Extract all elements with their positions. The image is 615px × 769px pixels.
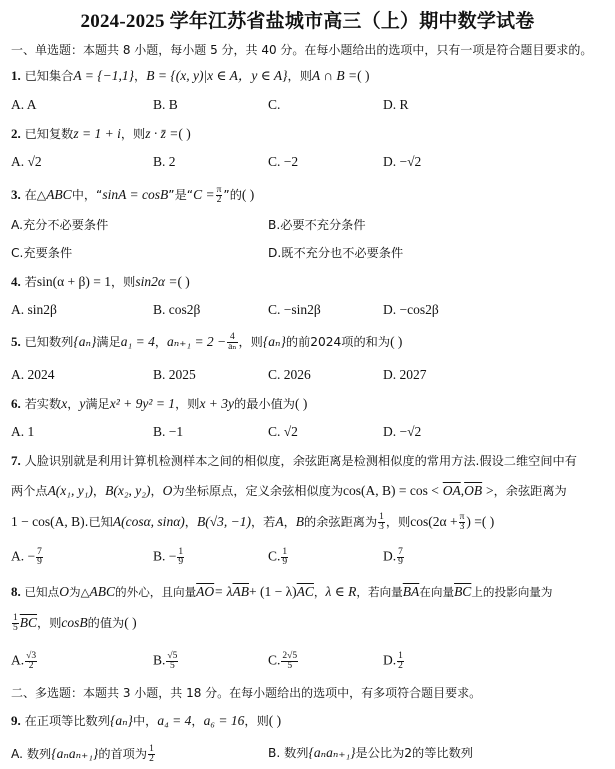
question-8-line-1: 8. 已知点O为△ABC的外心，且向量AO= λAB+ (1 − λ)AC，λ … — [11, 584, 553, 600]
q4-option-c: C. −sin2β — [268, 302, 321, 318]
q6-option-c: C. √2 — [268, 424, 298, 440]
q7-option-a: A. −79 — [11, 548, 44, 567]
q9-option-a: A. 数列{aₙaₙ₊₁}的首项为12 — [11, 745, 156, 764]
question-4: 4. 若sin(α + β) = 1，则sin2α =( ) — [11, 274, 190, 290]
q8-option-d: D.12 — [383, 652, 405, 671]
q6-option-b: B. −1 — [153, 424, 183, 440]
exam-page: 2024-2025 学年江苏省盐城市高三（上）期中数学试卷 一、单选题：本题共 … — [0, 0, 615, 769]
q5-option-b: B. 2025 — [153, 367, 196, 383]
q6-option-a: A. 1 — [11, 424, 34, 440]
fraction: 13 — [378, 513, 385, 532]
question-2: 2. 已知复数z = 1 + i，则z · z̄ =( ) — [11, 126, 191, 142]
q1-option-d: D. R — [383, 97, 409, 113]
q8-option-a: A.√32 — [11, 652, 38, 671]
q7-option-c: C.19 — [268, 548, 289, 567]
q9-option-b: B. 数列{aₙaₙ₊₁}是公比为2的等比数列 — [268, 745, 473, 761]
question-7-line-3: 1 − cos(A, B).已知A(cosα, sinα)，B(√3, −1)，… — [11, 513, 494, 532]
question-7-line-2: 两个点A(x₁, y₁)，B(x₂, y₂)，O为坐标原点，定义余弦相似度为co… — [11, 483, 567, 499]
q8-option-c: C.2√55 — [268, 652, 299, 671]
q3-option-c: C.充要条件 — [11, 245, 72, 261]
q1-option-a: A. A — [11, 97, 37, 113]
q4-option-b: B. cos2β — [153, 302, 200, 318]
q2-option-c: C. −2 — [268, 154, 298, 170]
page-title: 2024-2025 学年江苏省盐城市高三（上）期中数学试卷 — [0, 6, 615, 33]
q8-option-b: B.√55 — [153, 652, 179, 671]
question-8-line-2: 15BC，则cosB的值为( ) — [11, 614, 137, 633]
q7-option-b: B. −19 — [153, 548, 185, 567]
q6-option-d: D. −√2 — [383, 424, 421, 440]
question-5: 5. 已知数列{aₙ}满足a₁ = 4，aₙ₊₁ = 2 −4aₙ，则{aₙ}的… — [11, 333, 402, 352]
section-2-header: 二、多选题：本题共 3 小题，共 18 分。在每小题给出的选项中，有多项符合题目… — [11, 685, 481, 701]
q2-option-a: A. √2 — [11, 154, 42, 170]
q2-option-d: D. −√2 — [383, 154, 421, 170]
q3-option-b: B.必要不充分条件 — [268, 217, 366, 233]
q1-option-c: C. — [268, 97, 280, 113]
question-9: 9. 在正项等比数列{aₙ}中，a₄ = 4，a₆ = 16，则( ) — [11, 713, 281, 729]
fraction: 15 — [12, 614, 19, 633]
q4-option-d: D. −cos2β — [383, 302, 439, 318]
section-1-header: 一、单选题：本题共 8 小题，每小题 5 分，共 40 分。在每小题给出的选项中… — [11, 42, 592, 58]
question-6: 6. 若实数x，y满足x² + 9y² = 1，则x + 3y的最小值为( ) — [11, 396, 307, 412]
fraction: π2 — [216, 186, 223, 205]
q1-option-b: B. B — [153, 97, 178, 113]
q2-option-b: B. 2 — [153, 154, 176, 170]
q3-option-a: A.充分不必要条件 — [11, 217, 108, 233]
q7-option-d: D.79 — [383, 548, 405, 567]
fraction: π3 — [459, 513, 466, 532]
q5-option-d: D. 2027 — [383, 367, 427, 383]
q4-option-a: A. sin2β — [11, 302, 57, 318]
q3-option-d: D.既不充分也不必要条件 — [268, 245, 403, 261]
question-3: 3. 在△ABC中，“sinA = cosB”是“C =π2”的( ) — [11, 186, 254, 205]
q5-option-a: A. 2024 — [11, 367, 55, 383]
fraction: 4aₙ — [227, 333, 237, 352]
question-7-line-1: 7. 人脸识别就是利用计算机检测样本之间的相似度，余弦距离是检测相似度的常用方法… — [11, 453, 577, 469]
q5-option-c: C. 2026 — [268, 367, 311, 383]
question-1: 1. 已知集合A = {−1,1}，B = {(x, y)|x ∈ A，y ∈ … — [11, 68, 370, 84]
